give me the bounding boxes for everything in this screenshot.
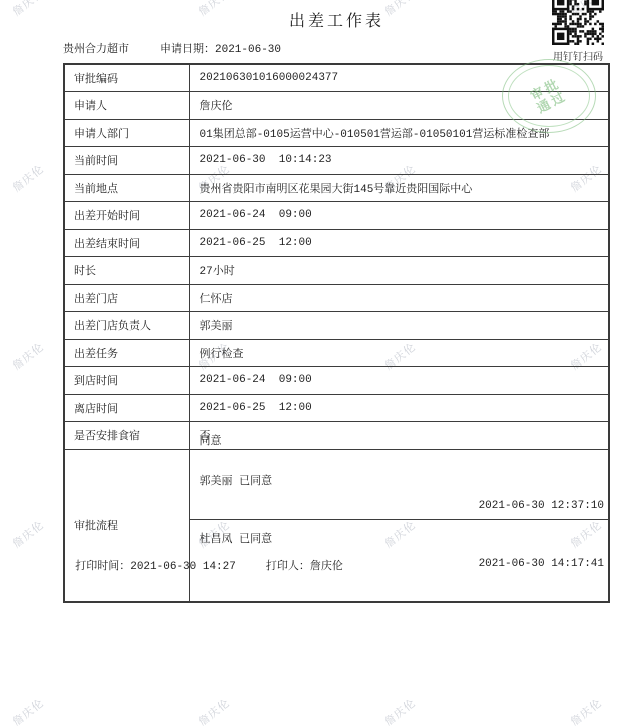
document-meta: 贵州合力超市 申请日期：2021-06-30 (63, 40, 75, 54)
table-row: 出差门店仁怀店 (64, 284, 609, 312)
table-row: 审批编码202106301016000024377 (64, 64, 609, 92)
qr-caption: 用钉钉扫码 (546, 48, 610, 63)
printer-value: 詹庆伦 (310, 560, 343, 572)
watermark-text: 詹庆伦 (9, 695, 47, 726)
row-value: 2021-06-30 10:14:23 (189, 147, 609, 175)
row-label: 当前时间 (64, 147, 189, 175)
document-page: 詹庆伦詹庆伦詹庆伦詹庆伦詹庆伦詹庆伦詹庆伦詹庆伦詹庆伦詹庆伦詹庆伦詹庆伦詹庆伦詹… (0, 0, 631, 726)
row-label: 审批编码 (64, 64, 189, 92)
qr-code (552, 0, 604, 45)
table-row: 当前时间2021-06-30 10:14:23 (64, 147, 609, 175)
row-label: 到店时间 (64, 367, 189, 395)
row-label: 离店时间 (64, 394, 189, 422)
row-label: 是否安排食宿 (64, 422, 189, 450)
approval-step-left: 同意 郭美丽 已同意 (200, 410, 292, 514)
row-label: 出差门店 (64, 284, 189, 312)
approval-time: 2021-06-30 12:37:10 (479, 498, 604, 514)
table-row: 是否安排食宿否 (64, 422, 609, 450)
table-row: 申请人詹庆伦 (64, 92, 609, 120)
table-row: 出差开始时间2021-06-24 09:00 (64, 202, 609, 230)
watermark-text: 詹庆伦 (9, 0, 47, 19)
row-label: 出差结束时间 (64, 229, 189, 257)
watermark-text: 詹庆伦 (9, 517, 47, 552)
row-value: 詹庆伦 (189, 92, 609, 120)
watermark-text: 詹庆伦 (9, 339, 47, 374)
print-info: 打印时间：2021-06-30 14:27打印人：詹庆伦 (63, 545, 343, 585)
row-value: 2021-06-25 12:00 (189, 229, 609, 257)
watermark-text: 詹庆伦 (9, 161, 47, 196)
row-value: 2021-06-24 09:00 (189, 367, 609, 395)
apply-date-value: 2021-06-30 (215, 44, 281, 56)
row-value: 郭美丽 (189, 312, 609, 340)
apply-date-label: 申请日期： (160, 43, 215, 55)
row-label: 申请人 (64, 92, 189, 120)
row-value: 仁怀店 (189, 284, 609, 312)
watermark-text: 詹庆伦 (567, 695, 605, 726)
qr-code-icon (552, 0, 604, 45)
table-row: 出差任务例行检查 (64, 339, 609, 367)
table-row: 离店时间2021-06-25 12:00 (64, 394, 609, 422)
row-value: 01集团总部-0105运营中心-010501营运部-01050101营运标准检查… (189, 119, 609, 147)
row-value: 贵州省贵阳市南明区花果园大街145号靠近贵阳国际中心 (189, 174, 609, 202)
row-label: 出差门店负责人 (64, 312, 189, 340)
table-row: 当前地点贵州省贵阳市南明区花果园大街145号靠近贵阳国际中心 (64, 174, 609, 202)
table-row: 到店时间2021-06-24 09:00 (64, 367, 609, 395)
approval-comment: 同意 (200, 434, 292, 450)
page-title: 出差工作表 (63, 8, 610, 31)
row-value: 例行检查 (189, 339, 609, 367)
row-label: 当前地点 (64, 174, 189, 202)
row-label: 时长 (64, 257, 189, 285)
table-row: 出差结束时间2021-06-25 12:00 (64, 229, 609, 257)
company-name: 贵州合力超市 (63, 40, 129, 56)
row-label: 申请人部门 (64, 119, 189, 147)
watermark-text: 詹庆伦 (381, 695, 419, 726)
table-row: 出差门店负责人郭美丽 (64, 312, 609, 340)
apply-date: 申请日期：2021-06-30 (160, 40, 281, 56)
approval-time: 2021-06-30 14:17:41 (479, 556, 604, 572)
approval-actor: 郭美丽 已同意 (200, 474, 292, 490)
row-value: 202106301016000024377 (189, 64, 609, 92)
row-value: 27小时 (189, 257, 609, 285)
row-label: 出差任务 (64, 339, 189, 367)
row-label: 出差开始时间 (64, 202, 189, 230)
print-time-value: 2021-06-30 14:27 (130, 561, 236, 573)
print-time-label: 打印时间： (75, 560, 130, 572)
table-row: 时长27小时 (64, 257, 609, 285)
table-row: 申请人部门01集团总部-0105运营中心-010501营运部-01050101营… (64, 119, 609, 147)
trip-form-table: 审批编码202106301016000024377申请人詹庆伦申请人部门01集团… (63, 63, 610, 603)
printer-label: 打印人： (266, 560, 310, 572)
row-value: 2021-06-24 09:00 (189, 202, 609, 230)
watermark-text: 詹庆伦 (195, 695, 233, 726)
